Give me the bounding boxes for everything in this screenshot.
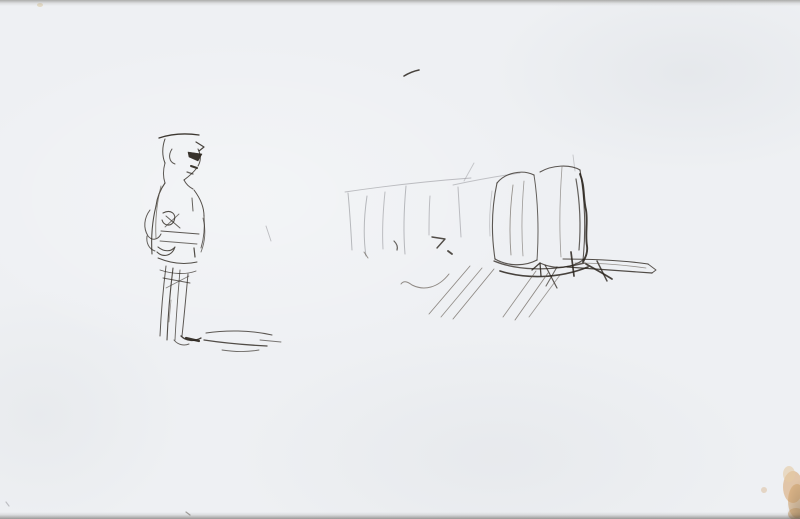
ink-stroke [158, 258, 197, 263]
ink-stroke [560, 167, 562, 257]
ink-stroke [182, 274, 188, 336]
ink-stroke [364, 196, 367, 256]
ink-stroke [194, 190, 204, 216]
ink-stroke [522, 181, 524, 256]
ink-stroke [186, 512, 190, 515]
ink-stroke [222, 350, 259, 352]
ink-stroke [164, 163, 166, 183]
ink-stroke [192, 198, 193, 211]
ink-stroke [534, 175, 538, 260]
ink-stroke [490, 191, 492, 236]
ink-stroke [573, 155, 575, 171]
ink-stroke [160, 266, 166, 336]
ink-stroke [184, 169, 196, 180]
ink-stroke [576, 179, 580, 250]
ink-stroke [163, 139, 165, 163]
ink-stroke [648, 264, 656, 273]
ink-stroke [453, 269, 494, 319]
ink-stroke [404, 70, 419, 76]
sketch-drawing [0, 0, 800, 519]
ink-stroke [159, 134, 199, 138]
stain-blot [783, 466, 795, 482]
ink-stroke [404, 186, 406, 254]
ink-stroke [260, 340, 281, 342]
ink-stroke [156, 186, 161, 238]
ink-stroke [348, 193, 352, 250]
ink-stroke [204, 340, 267, 346]
ink-stroke [6, 502, 9, 506]
ink-stroke [194, 248, 195, 257]
ground-strokes [204, 226, 281, 352]
stain-blot [37, 3, 43, 7]
ink-stroke [540, 260, 583, 267]
ink-stroke [503, 271, 536, 317]
ink-stroke [345, 178, 471, 192]
ink-stroke [166, 216, 180, 228]
ink-stroke [383, 192, 385, 249]
stain-blot [761, 487, 767, 493]
ink-stroke [191, 166, 197, 168]
study-strokes [345, 155, 656, 320]
ink-stroke [493, 183, 497, 259]
ink-stroke [157, 247, 175, 255]
ink-stroke [170, 149, 175, 164]
scanned-sketch-page [0, 0, 800, 519]
ink-stroke [184, 180, 193, 189]
ink-stroke [540, 166, 580, 172]
ink-stroke [458, 187, 461, 237]
ink-stroke [206, 331, 272, 335]
ink-stroke [196, 142, 204, 151]
ink-stroke [266, 226, 271, 241]
ink-stroke [174, 340, 189, 345]
ink-stroke [160, 241, 197, 244]
figure-strokes [145, 134, 205, 345]
marks-strokes [6, 70, 419, 515]
ink-stroke [510, 185, 513, 255]
ink-stroke [432, 237, 445, 248]
ink-stroke [394, 241, 397, 250]
paper-stains [37, 3, 800, 519]
ink-stroke [529, 275, 560, 317]
ink-stroke [429, 196, 430, 235]
ink-stroke [448, 251, 452, 254]
ink-stroke [161, 231, 199, 234]
ink-stroke [401, 274, 449, 288]
